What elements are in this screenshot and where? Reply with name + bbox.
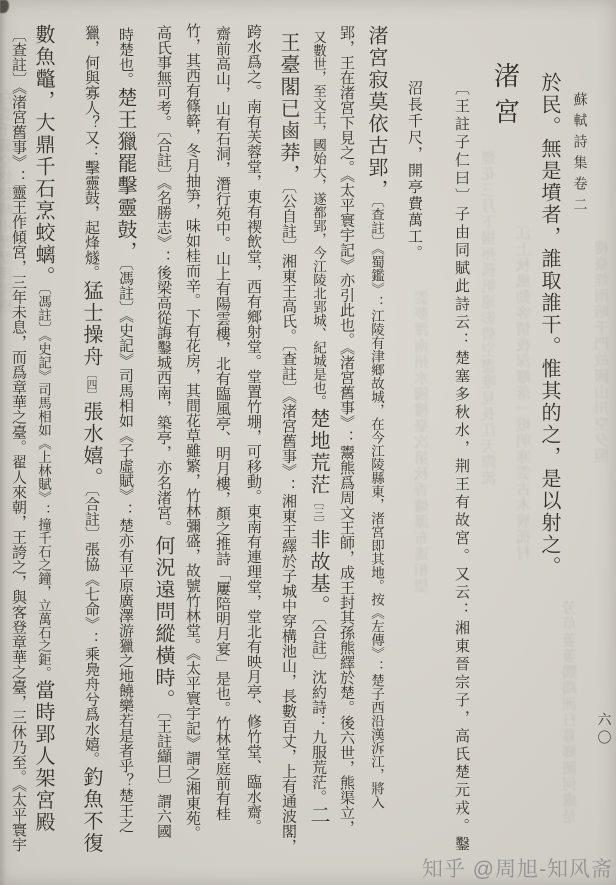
poem-text-segment: 數魚鼈，大鼎千石烹蛟螭。	[32, 24, 54, 288]
commentary-segment: 高氏事無可考。〔合註〕《名勝志》：後梁高從誨鑿城西南，築亭，亦名渚宮。	[155, 25, 171, 535]
bleed-through-text: 煙花三月下揚州孤帆遠影碧空盡唯見長江天際流	[479, 150, 500, 486]
commentary-column: 齋前高山，山有石洞，潛行苑中。山上有陽雲樓，北有臨風亭、明月樓，顏之推詩「屢陪明…	[212, 26, 232, 821]
commentary-segment: 〔查註〕《渚宮舊事》：靈王作傾宮，三年未息，而爲章華之臺。翟人來朝，王誇之，與客…	[10, 27, 26, 852]
note-marker: 〔三〕	[312, 496, 324, 529]
poem-column: 渚宮寂莫依古郢，〔查註〕《蜀鑑》：江陵有津鄉故城，在今江陵縣東，渚宮即其地。按《…	[363, 25, 388, 809]
commentary-column: 跨水爲之。南有芙蓉堂，東有禊飲堂，西有鄉射堂。堂置竹堋，可移動。東南有連理堂，堂…	[243, 24, 263, 834]
commentary-large-segment: 於民。無是墳者，誰取誰干。惟其的之，是以射之。	[538, 72, 560, 578]
poem-title: 渚宮	[488, 62, 521, 134]
commentary-segment: 獵，何與寡人？又：擊靈鼓，起烽燧。	[83, 25, 99, 280]
poem-text-segment: 楚地荒茫	[307, 408, 329, 496]
commentary-segment: 跨水爲之。南有芙蓉堂，東有禊飲堂，西有鄉射堂。堂置竹堋，可移動。東南有連理堂，堂…	[245, 24, 261, 834]
commentary-segment: 〔王註子仁曰〕子由同賦此詩云：楚塞多秋水，荆王有故宮。又云：湘東晉宗子，高氏楚元…	[453, 80, 469, 854]
commentary-segment: 〔馮註〕《史記》司馬相如《子虛賦》：楚亦有平原廣澤游獵之地饒樂若是者乎？楚王之	[117, 263, 133, 833]
poem-text-segment: 張水嬉。	[80, 401, 102, 489]
poem-text-segment: 王臺閣已鹵莽，	[277, 32, 299, 186]
commentary-segment: 沼長千尺，開亭費萬工。	[406, 80, 422, 262]
poem-column: 數魚鼈，大鼎千石烹蛟螭。〔馮註〕《史記》司馬相如《上林賦》：撞千石之鐘，立萬石之…	[30, 24, 55, 834]
note-marker: 〔四〕	[85, 368, 97, 401]
commentary-segment: 〔王註纈曰〕謂六國	[155, 711, 171, 839]
poem-column: 高氏事無可考。〔合註〕《名勝志》：後梁高從誨鑿城西南，築亭，亦名渚宮。何況遠問縱…	[150, 25, 175, 839]
poem-text-segment: 猛士操舟	[80, 280, 102, 368]
text-column: 於民。無是墳者，誰取誰干。惟其的之，是以射之。	[536, 72, 561, 578]
commentary-segment: 竹，其西有篠簳，冬月抽笋，味如桂而辛。下有花房，其間花草雖繁，竹林彌盛，故號竹林…	[184, 23, 200, 841]
poem-text-segment: 釣魚不復	[80, 767, 102, 855]
bleed-through-text: 樓臺煙雨暗千門故國山川空夕照	[592, 240, 613, 464]
commentary-column: 竹，其西有篠簳，冬月抽笋，味如桂而辛。下有花房，其間花草雖繁，竹林彌盛，故號竹林…	[182, 23, 202, 841]
poem-column: 又數世，至文王，國始大，遂都郢，今江陵北郢城、紀城是也。楚地荒茫〔三〕非故基。〔…	[305, 30, 330, 827]
poem-text-segment: 當時郢人架宮殿	[32, 680, 54, 834]
poem-column: 獵，何與寡人？又：擊靈鼓，起烽燧。猛士操舟〔四〕張水嬉。〔合註〕張協《七命》：乘…	[78, 25, 103, 855]
page-edge-shadow	[0, 0, 6, 885]
bleed-through-text: 雲夢澤南州水國樓臺次第秋香爐瀑布遙相望	[412, 290, 433, 594]
commentary-column: 沼長千尺，開亭費萬工。	[404, 80, 424, 262]
zhihu-watermark: 知乎 @周旭-知风斋	[422, 853, 613, 883]
poem-text-segment: 楚王獵罷擊靈鼓，	[114, 87, 136, 263]
poem-text-segment: 非故基。	[307, 529, 329, 617]
commentary-segment: 又數世，至文王，國始大，遂都郢，今江陵北郢城、紀城是也。	[311, 30, 326, 408]
poem-column: 王臺閣已鹵莽，〔公自註〕湘東王高氏。〔查註〕《渚宮舊事》：湘東王繹於子城中穿構池…	[275, 32, 300, 854]
page-number: 六〇	[594, 712, 612, 748]
poem-text-segment: 渚宮寂莫依古郢，	[365, 25, 387, 201]
scanned-book-page: 樓臺煙雨暗千門故國山川空夕照 江上秋風動客情夜深籬落一燈明寒雲古木簇孤村 煙花三…	[0, 0, 616, 885]
commentary-segment: 郢，王在渚宮下見之。《太平寰宇記》亦引此也。《渚宮舊事》：鬻熊爲周文王師，成王封…	[338, 25, 354, 835]
commentary-segment: 齋前高山，山有石洞，潛行苑中。山上有陽雲樓，北有臨風亭、明月樓，顏之推詩「屢陪明…	[214, 26, 230, 821]
commentary-segment: 〔查註〕《蜀鑑》：江陵有津鄉故城，在今江陵縣東，渚宮即其地。按《左傳》：楚子西沿…	[369, 201, 384, 809]
commentary-segment: 〔公自註〕湘東王高氏。〔查註〕《渚宮舊事》：湘東王繹於子城中穿構池山，長數百丈，…	[280, 186, 296, 854]
commentary-segment: 〔合註〕沈約詩：九服荒茫。	[310, 617, 326, 805]
commentary-column: 郢，王在渚宮下見之。《太平寰宇記》亦引此也。《渚宮舊事》：鬻熊爲周文王師，成王封…	[336, 25, 356, 835]
commentary-column: 〔查註〕《渚宮舊事》：靈王作傾宮，三年未息，而爲章華之臺。翟人來朝，王誇之，與客…	[8, 27, 28, 852]
commentary-segment: 〔合註〕張協《七命》：乘鳧舟兮爲水嬉。	[83, 489, 99, 767]
book-header: 蘇軾詩集卷二	[570, 92, 588, 218]
bleed-through-text: 芳草萋萋鸚鵡洲日暮鄉關何處是	[560, 600, 581, 824]
poem-column: 時楚也。楚王獵罷擊靈鼓，〔馮註〕《史記》司馬相如《子虛賦》：楚亦有平原廣澤游獵之…	[112, 27, 137, 833]
commentary-segment: 時楚也。	[117, 27, 133, 87]
bleed-through-text: 江上秋風動客情夜深籬落一燈明寒雲古木簇孤村	[514, 225, 535, 561]
commentary-column: 〔王註子仁曰〕子由同賦此詩云：楚塞多秋水，荆王有故宮。又云：湘東晉宗子，高氏楚元…	[451, 80, 471, 854]
commentary-segment: 〔馮註〕《史記》司馬相如《上林賦》：撞千石之鐘，立萬石之鉅。	[36, 288, 51, 680]
poem-text-segment: 何況遠問縱橫時。	[152, 535, 174, 711]
poem-text-segment: 二	[307, 805, 329, 827]
